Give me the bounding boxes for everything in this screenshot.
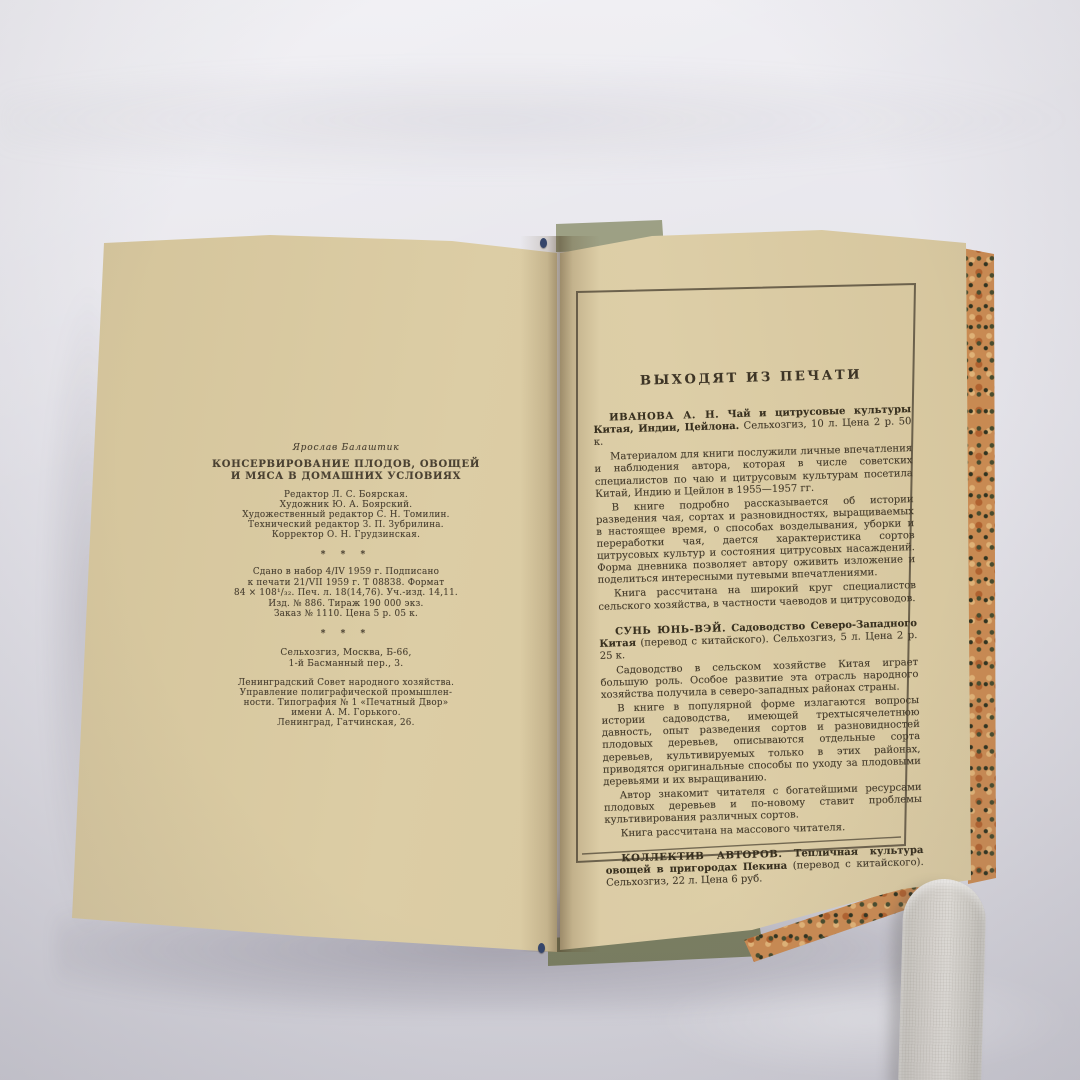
- book-announcement: ИВАНОВА А. Н. Чай и цитрусовые культуры …: [593, 404, 916, 613]
- credits-block: Редактор Л. С. Боярская. Художник Ю. А. …: [196, 490, 496, 541]
- imprint-line: Заказ № 1110. Цена 5 р. 05 к.: [196, 609, 496, 620]
- book-title-line1: КОНСЕРВИРОВАНИЕ ПЛОДОВ, ОВОЩЕЙ: [196, 459, 496, 471]
- asterisk-separator: * * *: [196, 629, 496, 640]
- backdrop-wrinkle: [0, 60, 1080, 180]
- gloved-finger: [898, 878, 987, 1080]
- book-announcement: СУНЬ ЮНЬ-ВЭЙ. Садоводство Северо-Западно…: [599, 618, 923, 841]
- announcement-paragraph: Автор знакомит читателя с богатейшими ре…: [604, 782, 923, 827]
- book-title: КОНСЕРВИРОВАНИЕ ПЛОДОВ, ОВОЩЕЙ И МЯСА В …: [196, 459, 496, 483]
- announcement-head: КОЛЛЕКТИВ АВТОРОВ. Тепличная культура ов…: [605, 845, 924, 890]
- imprint-line: Изд. № 886. Тираж 190 000 экз.: [196, 599, 496, 610]
- credit-line: Редактор Л. С. Боярская.: [196, 490, 496, 500]
- binding-thread-top: [540, 238, 547, 248]
- credit-line: Художник Ю. А. Боярский.: [196, 500, 496, 510]
- printing-line: имени А. М. Горького.: [196, 708, 496, 718]
- imprint-line: к печати 21/VII 1959 г. Т 08838. Формат: [196, 578, 496, 589]
- imprint-line: 84 × 108¹/₃₂. Печ. л. 18(14,76). Уч.-изд…: [196, 588, 496, 599]
- announcement-paragraph: Садоводство в сельском хозяйстве Китая и…: [600, 657, 919, 702]
- publisher-line: 1-й Басманный пер., 3.: [196, 659, 496, 670]
- printing-line: Ленинград, Гатчинская, 26.: [196, 718, 496, 728]
- announcements-block: ВЫХОДЯТ ИЗ ПЕЧАТИ ИВАНОВА А. Н. Чай и ци…: [592, 368, 924, 893]
- photo-scene: Ярослав Балаштик КОНСЕРВИРОВАНИЕ ПЛОДОВ,…: [0, 0, 1080, 1080]
- colophon-block: Ярослав Балаштик КОНСЕРВИРОВАНИЕ ПЛОДОВ,…: [196, 443, 496, 729]
- announcement-paragraph: В книге подробно рассказывается об истор…: [596, 494, 916, 588]
- book-title-line2: И МЯСА В ДОМАШНИХ УСЛОВИЯХ: [196, 471, 496, 483]
- imprint-line: Сдано в набор 4/IV 1959 г. Подписано: [196, 567, 496, 578]
- printing-line: Ленинградский Совет народного хозяйства.: [196, 678, 496, 688]
- announcement-paragraph: Материалом для книги послужили личные вп…: [594, 443, 913, 500]
- credit-line: Технический редактор З. П. Зубрилина.: [196, 520, 496, 530]
- publisher-block: Сельхозгиз, Москва, Б-66, 1-й Басманный …: [196, 648, 496, 669]
- book-author: Ярослав Балаштик: [196, 443, 496, 454]
- printing-line: ности. Типография № 1 «Печатный Двор»: [196, 698, 496, 708]
- printing-house-block: Ленинградский Совет народного хозяйства.…: [196, 678, 496, 729]
- credit-line: Художественный редактор С. Н. Томилин.: [196, 510, 496, 520]
- announcement-head: СУНЬ ЮНЬ-ВЭЙ. Садоводство Северо-Западно…: [599, 618, 918, 663]
- publisher-line: Сельхозгиз, Москва, Б-66,: [196, 648, 496, 659]
- book-announcement: КОЛЛЕКТИВ АВТОРОВ. Тепличная культура ов…: [605, 845, 924, 890]
- printing-line: Управление полиграфической промышлен-: [196, 688, 496, 698]
- announcement-paragraph: В книге в популярной форме излагаются во…: [601, 695, 921, 789]
- announcement-head: ИВАНОВА А. Н. Чай и цитрусовые культуры …: [593, 404, 912, 449]
- imprint-block: Сдано в набор 4/IV 1959 г. Подписано к п…: [196, 567, 496, 620]
- credit-line: Корректор О. Н. Грудзинская.: [196, 530, 496, 540]
- asterisk-separator: * * *: [196, 550, 496, 561]
- binding-thread-bottom: [538, 943, 545, 953]
